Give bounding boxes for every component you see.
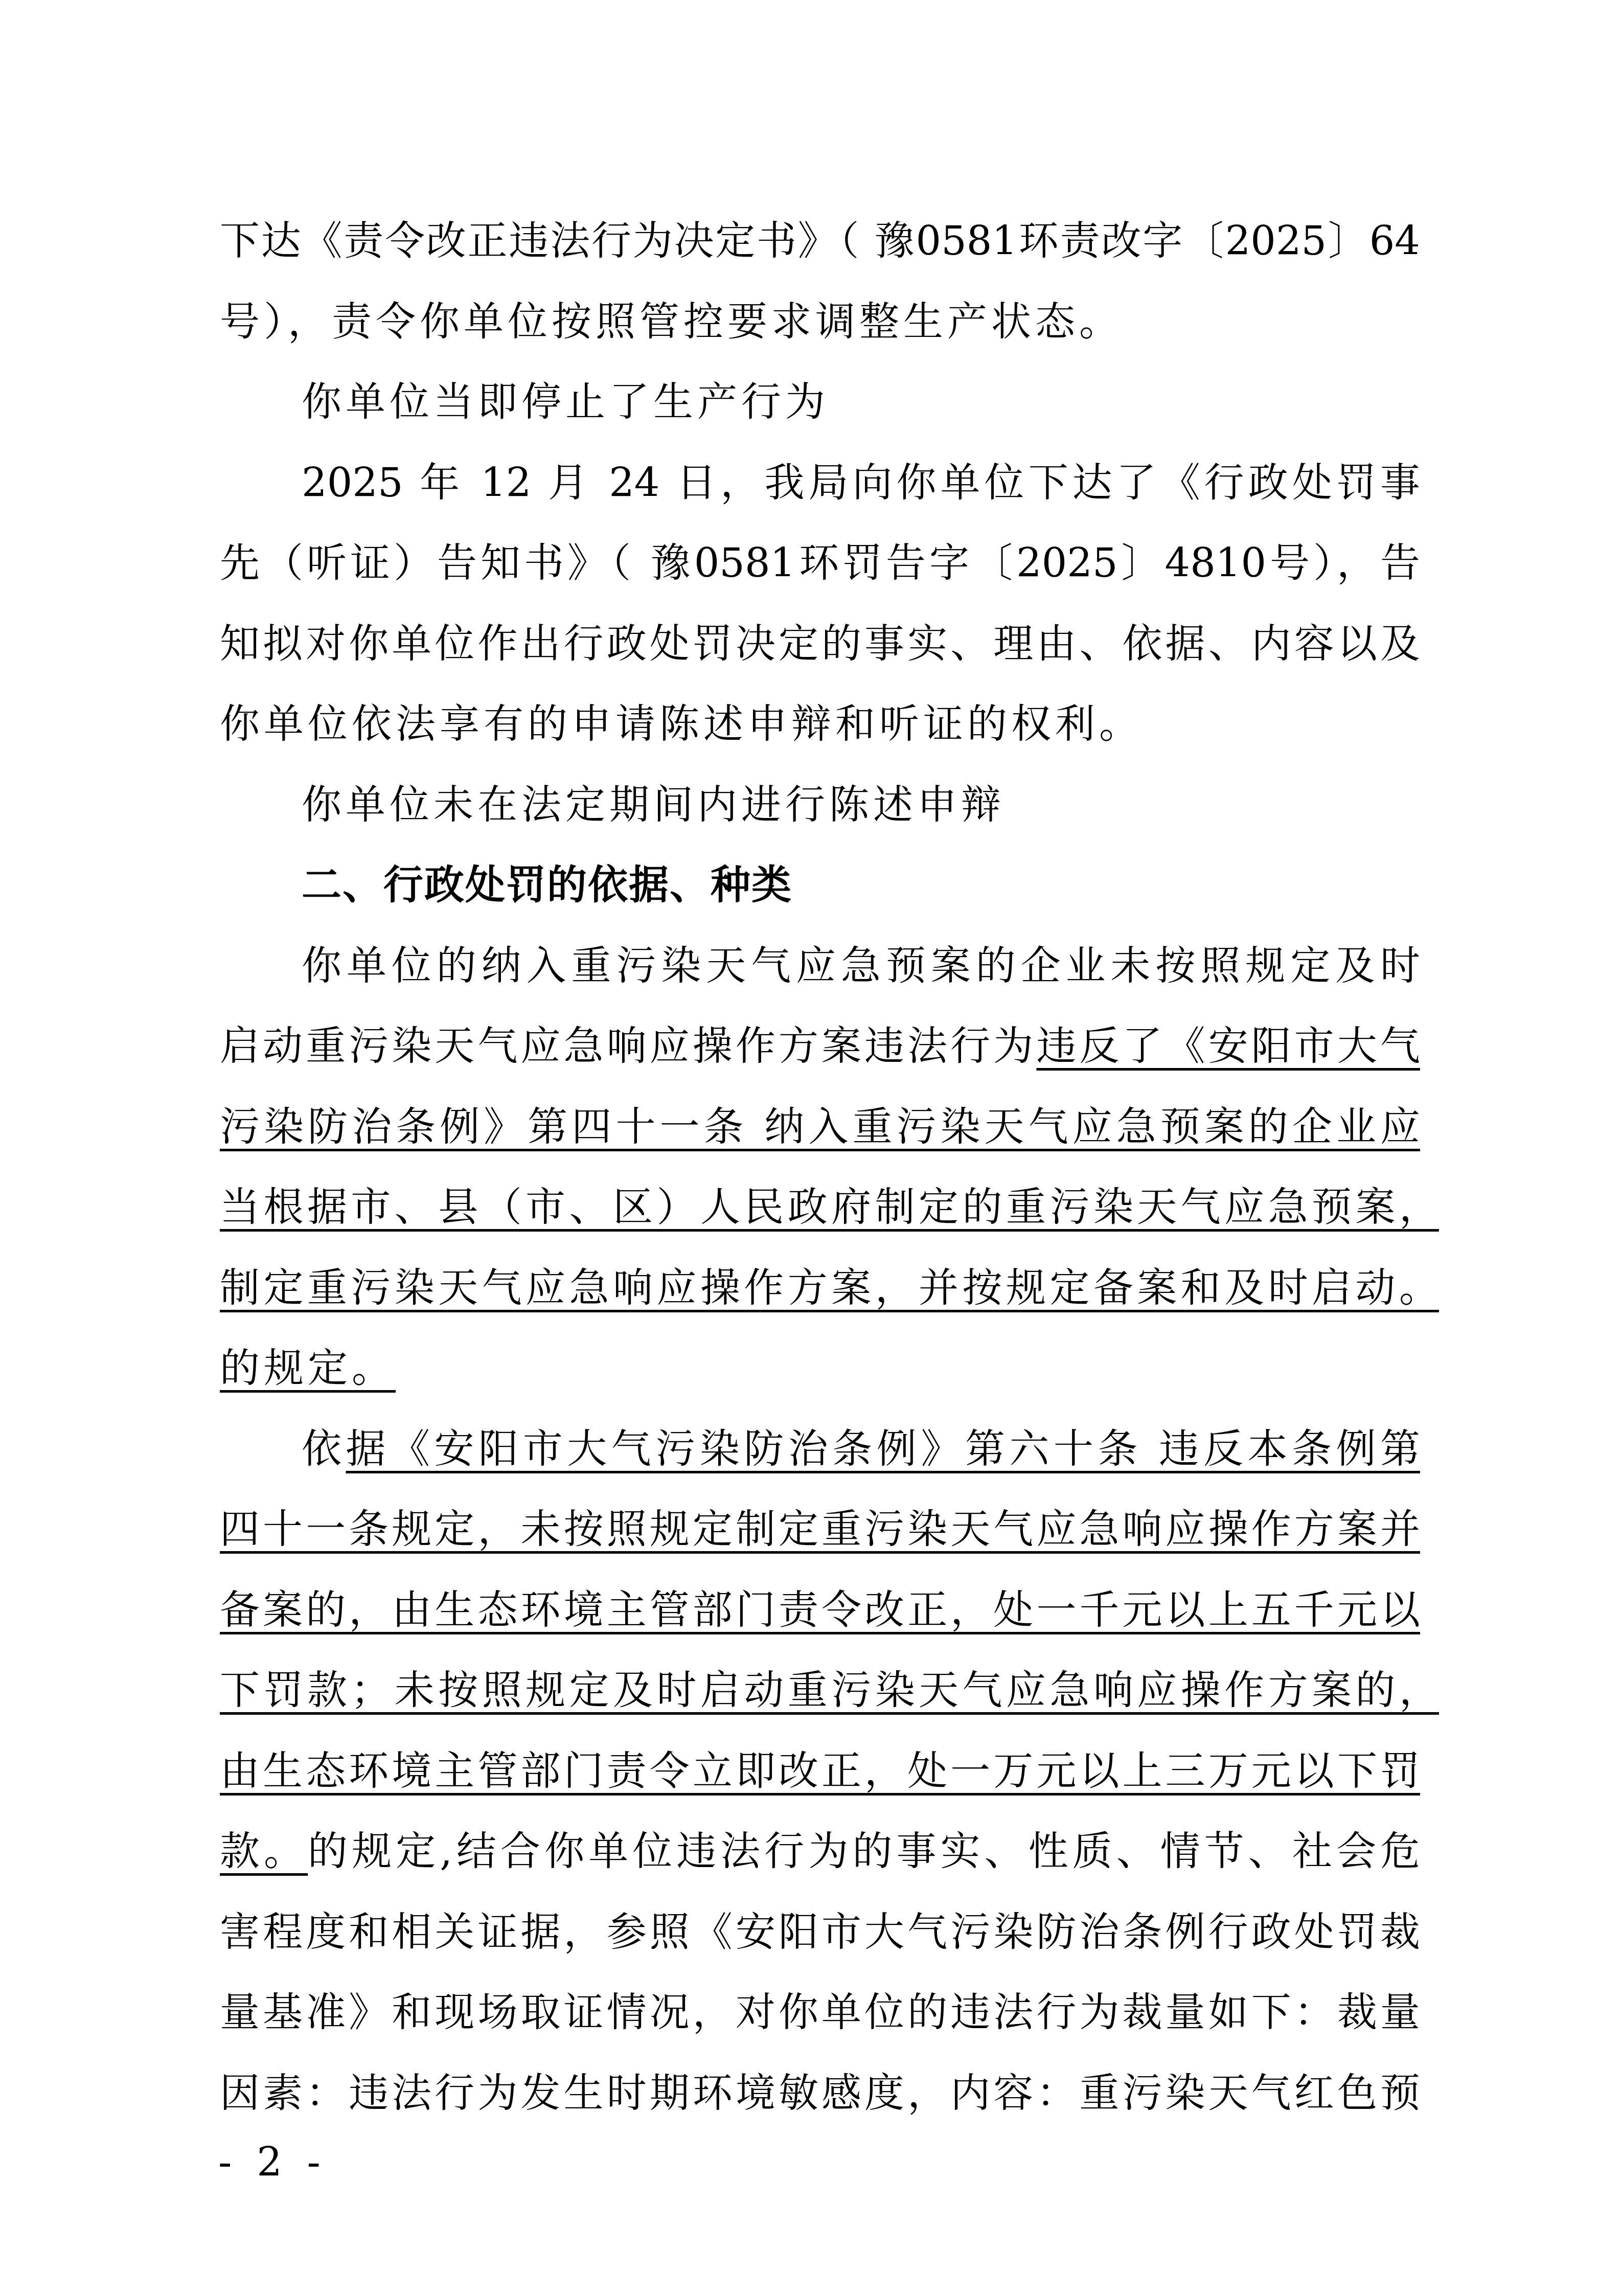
text-run: 先（听证）告知书》（ 豫0581环罚告字〔2025〕4810号），告 (220, 540, 1420, 586)
paragraph-line: 你单位未在法定期间内进行陈述申辩 (302, 780, 1420, 831)
paragraph-line: 下达《责令改正违法行为决定书》（ 豫0581环责改字〔2025〕64 (220, 216, 1420, 267)
text-run: 号），责令你单位按照管控要求调整生产状态。 (220, 299, 1123, 345)
underlined-citation: 制定重污染天气应急响应操作方案，并按规定备案和及时启动。 (220, 1265, 1439, 1311)
paragraph-line: 量基准》和现场取证情况，对你单位的违法行为裁量如下：裁量 (220, 1987, 1420, 2038)
underlined-citation: 违反了《安阳市大气 (1036, 1024, 1420, 1070)
text-run: 你单位的纳入重污染天气应急预案的企业未按照规定及时 (302, 943, 1420, 989)
text-run: 启动重污染天气应急响应操作方案违法行为 (220, 1024, 1036, 1070)
text-run: 下达《责令改正违法行为决定书》（ 豫0581环责改字〔2025〕64 (220, 218, 1420, 264)
paragraph-line: 号），责令你单位按照管控要求调整生产状态。 (220, 297, 1420, 348)
paragraph-line: 2025 年 12 月 24 日，我局向你单位下达了《行政处罚事 (302, 458, 1420, 509)
paragraph-line: 你单位当即停止了生产行为 (302, 377, 1420, 428)
text-run: 你单位依法享有的申请陈述申辩和听证的权利。 (220, 701, 1143, 747)
paragraph-line: 你单位依法享有的申请陈述申辩和听证的权利。 (220, 699, 1420, 750)
underlined-citation: 当根据市、县（市、区）人民政府制定的重污染天气应急预案， (220, 1185, 1439, 1231)
text-run: 的规定,结合你单位违法行为的事实、性质、情节、社会危 (308, 1829, 1420, 1875)
text-run: 2025 年 12 月 24 日，我局向你单位下达了《行政处罚事 (302, 460, 1420, 506)
paragraph-line: 害程度和相关证据，参照《安阳市大气污染防治条例行政处罚裁 (220, 1907, 1420, 1958)
paragraph-line: 四十一条规定，未按照规定制定重污染天气应急响应操作方案并 (220, 1504, 1420, 1555)
underlined-citation: 污染防治条例》第四十一条 纳入重污染天气应急预案的企业应 (220, 1104, 1420, 1150)
text-run: 知拟对你单位作出行政处罚决定的事实、理由、依据、内容以及 (220, 621, 1420, 667)
paragraph-line: 的规定。 (220, 1343, 1420, 1394)
section-heading: 二、行政处罚的依据、种类 (302, 860, 1420, 911)
paragraph-line: 知拟对你单位作出行政处罚决定的事实、理由、依据、内容以及 (220, 619, 1420, 670)
underlined-citation: 款。 (220, 1829, 308, 1875)
text-run: 因素：违法行为发生时期环境敏感度，内容：重污染天气红色预 (220, 2071, 1420, 2117)
paragraph-line: 备案的，由生态环境主管部门责令改正，处一千元以上五千元以 (220, 1585, 1420, 1636)
page-number: - 2 - (218, 2137, 327, 2188)
underlined-citation: 四十一条规定，未按照规定制定重污染天气应急响应操作方案并 (220, 1507, 1420, 1553)
underlined-citation: 下罚款；未按照规定及时启动重污染天气应急响应操作方案的， (220, 1668, 1439, 1714)
text-run: 害程度和相关证据，参照《安阳市大气污染防治条例行政处罚裁 (220, 1909, 1420, 1956)
heading-text: 二、行政处罚的依据、种类 (302, 862, 792, 908)
text-run: 你单位未在法定期间内进行陈述申辩 (302, 782, 1005, 828)
paragraph-line: 当根据市、县（市、区）人民政府制定的重污染天气应急预案， (220, 1182, 1439, 1233)
underlined-citation: 的规定。 (220, 1346, 396, 1392)
paragraph-line: 你单位的纳入重污染天气应急预案的企业未按照规定及时 (302, 941, 1420, 992)
underlined-citation: 由生态环境主管部门责令立即改正，处一万元以上三万元以下罚 (220, 1748, 1420, 1794)
text-run: 量基准》和现场取证情况，对你单位的违法行为裁量如下：裁量 (220, 1990, 1420, 2036)
paragraph-line: 款。的规定,结合你单位违法行为的事实、性质、情节、社会危 (220, 1826, 1420, 1877)
paragraph-line: 制定重污染天气应急响应操作方案，并按规定备案和及时启动。 (220, 1263, 1439, 1314)
document-page: 下达《责令改正违法行为决定书》（ 豫0581环责改字〔2025〕64 号），责令… (0, 0, 1622, 2296)
paragraph-line: 启动重污染天气应急响应操作方案违法行为违反了《安阳市大气 (220, 1021, 1420, 1072)
paragraph-line: 由生态环境主管部门责令立即改正，处一万元以上三万元以下罚 (220, 1746, 1420, 1797)
paragraph-line: 下罚款；未按照规定及时启动重污染天气应急响应操作方案的， (220, 1665, 1439, 1716)
text-run: 你单位当即停止了生产行为 (302, 379, 829, 425)
paragraph-line: 先（听证）告知书》（ 豫0581环罚告字〔2025〕4810号），告 (220, 538, 1420, 589)
underlined-citation: 备案的，由生态环境主管部门责令改正，处一千元以上五千元以 (220, 1587, 1420, 1633)
paragraph-line: 因素：违法行为发生时期环境敏感度，内容：重污染天气红色预 (220, 2068, 1420, 2119)
underlined-citation: 据《安阳市大气污染防治条例》第六十条 违反本条例第 (346, 1426, 1420, 1472)
paragraph-line: 污染防治条例》第四十一条 纳入重污染天气应急预案的企业应 (220, 1102, 1420, 1153)
paragraph-line: 依据《安阳市大气污染防治条例》第六十条 违反本条例第 (302, 1424, 1420, 1475)
text-run: 依 (302, 1426, 346, 1472)
